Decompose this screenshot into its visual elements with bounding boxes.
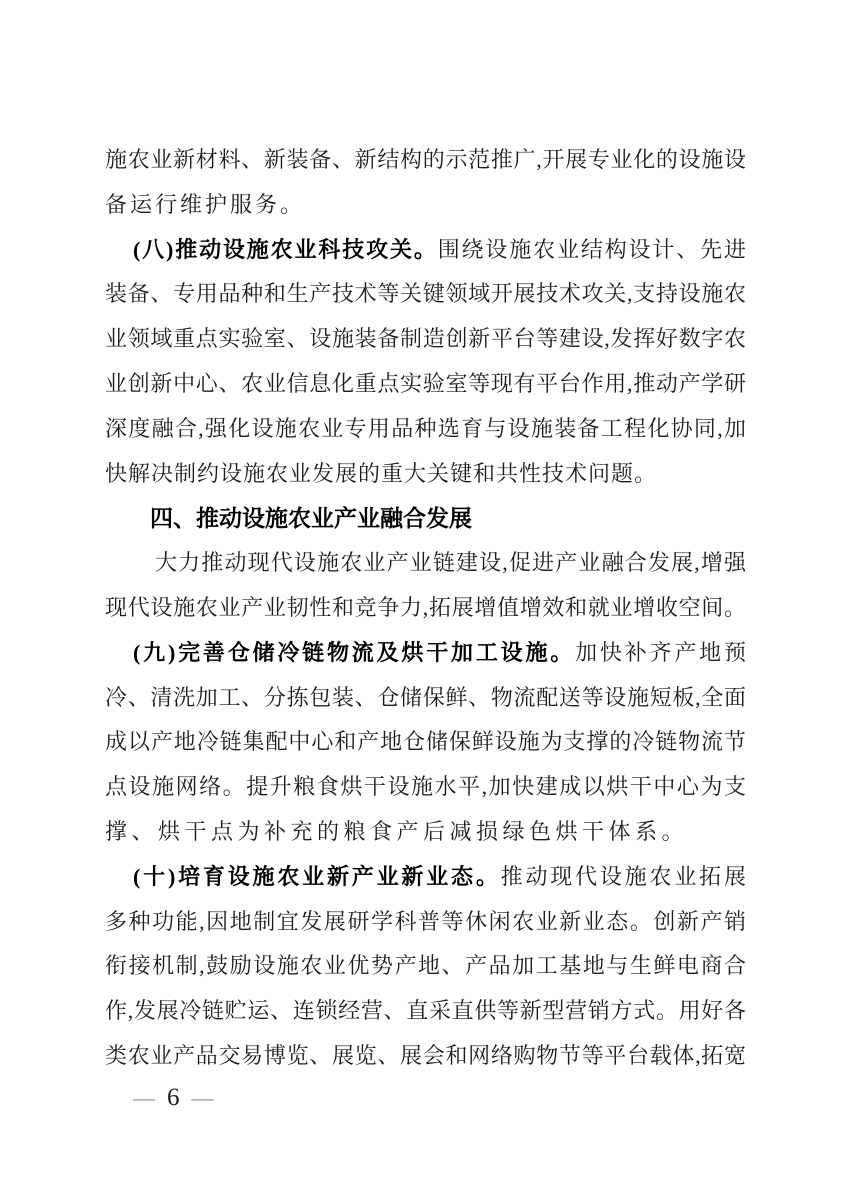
text-line: (九)完善仓储冷链物流及烘干加工设施。加快补齐产地预	[105, 631, 746, 676]
document-page: 施农业新材料、新装备、新结构的示范推广,开展专业化的设施设 备运行维护服务。 (…	[0, 0, 849, 1203]
text-line: 点设施网络。提升粮食烘干设施水平,加快建成以烘干中心为支	[105, 765, 746, 810]
clause-text: 围绕设施农业结构设计、先进	[438, 237, 746, 262]
clause-title-9: (九)完善仓储冷链物流及烘干加工设施。	[133, 640, 575, 665]
text-line: 装备、专用品种和生产技术等关键领域开展技术攻关,支持设施农	[105, 272, 746, 317]
footer-dash-right: —	[192, 1083, 214, 1113]
footer-dash-left: —	[133, 1083, 155, 1113]
text-line: 快解决制约设施农业发展的重大关键和共性技术问题。	[105, 452, 746, 497]
text-line: 备运行维护服务。	[105, 183, 746, 228]
text-line: (十)培育设施农业新产业新业态。推动现代设施农业拓展	[105, 855, 746, 900]
page-number: 6	[167, 1083, 180, 1113]
clause-text: 推动现代设施农业拓展	[501, 864, 746, 889]
text-line: 业领域重点实验室、设施装备制造创新平台等建设,发挥好数字农	[105, 317, 746, 362]
clause-title-10: (十)培育设施农业新产业新业态。	[133, 864, 501, 889]
text-line: 施农业新材料、新装备、新结构的示范推广,开展专业化的设施设	[105, 138, 746, 183]
text-line: 成以产地冷链集配中心和产地仓储保鲜设施为支撑的冷链物流节	[105, 720, 746, 765]
page-footer: — 6 —	[133, 1083, 214, 1113]
clause-text: 加快补齐产地预	[575, 640, 746, 665]
text-line: 撑、烘干点为补充的粮食产后减损绿色烘干体系。	[105, 810, 746, 855]
text-line: 业创新中心、农业信息化重点实验室等现有平台作用,推动产学研	[105, 362, 746, 407]
text-line: 现代设施农业产业韧性和竞争力,拓展增值增效和就业增收空间。	[105, 586, 746, 631]
section-heading-4: 四、推动设施农业产业融合发展	[105, 496, 746, 541]
text-line: 多种功能,因地制宜发展研学科普等休闲农业新业态。创新产销	[105, 900, 746, 945]
text-line: 衔接机制,鼓励设施农业优势产地、产品加工基地与生鲜电商合	[105, 944, 746, 989]
text-line: 大力推动现代设施农业产业链建设,促进产业融合发展,增强	[105, 541, 746, 586]
text-line: 作,发展冷链贮运、连锁经营、直采直供等新型营销方式。用好各	[105, 989, 746, 1034]
text-line: (八)推动设施农业科技攻关。围绕设施农业结构设计、先进	[105, 228, 746, 273]
text-line: 冷、清洗加工、分拣包装、仓储保鲜、物流配送等设施短板,全面建	[105, 676, 746, 721]
text-line: 深度融合,强化设施农业专用品种选育与设施装备工程化协同,加	[105, 407, 746, 452]
page-body: 施农业新材料、新装备、新结构的示范推广,开展专业化的设施设 备运行维护服务。 (…	[105, 138, 746, 1079]
text-line: 类农业产品交易博览、展览、展会和网络购物节等平台载体,拓宽	[105, 1034, 746, 1079]
clause-title-8: (八)推动设施农业科技攻关。	[133, 237, 438, 262]
